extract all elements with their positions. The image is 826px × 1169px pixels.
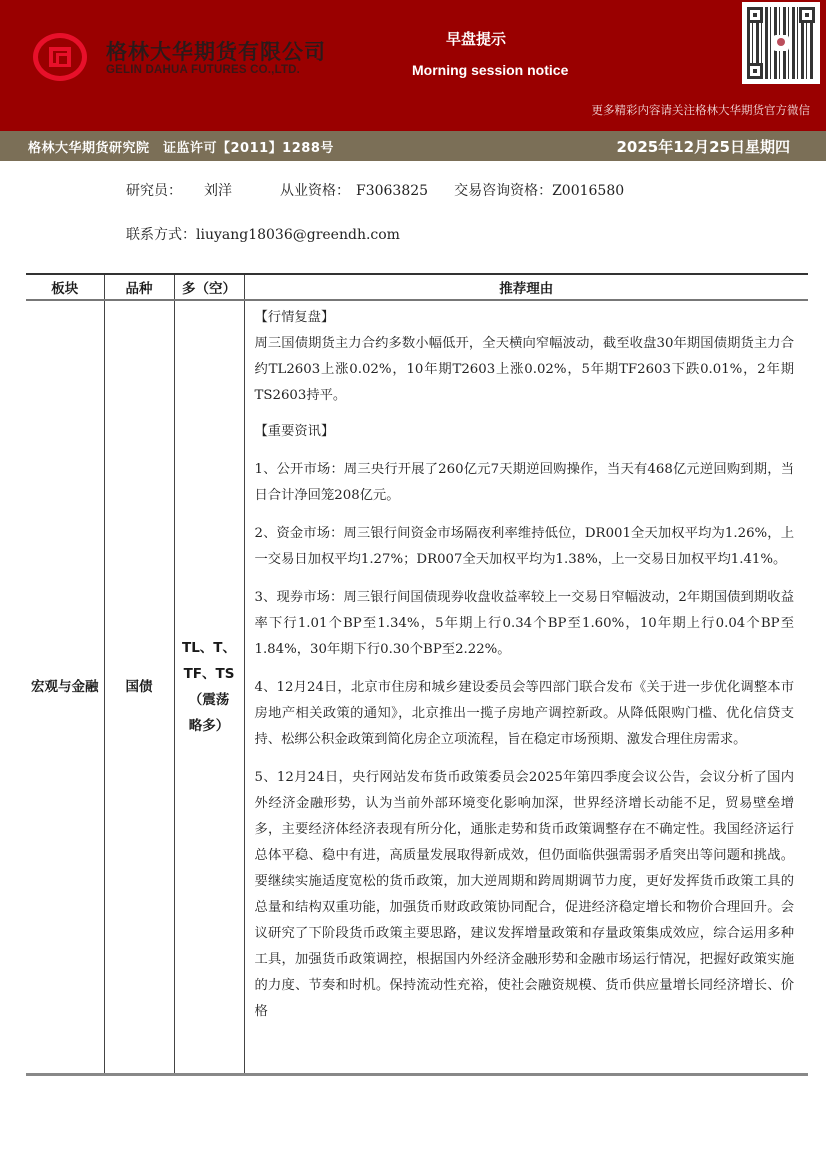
direction-line: TF、TS — [175, 661, 244, 687]
table-header-row: 板块 品种 多（空） 推荐理由 — [26, 274, 808, 300]
qr-code-icon — [742, 2, 820, 84]
news-item: 5、12月24日，央行网站发布货币政策委员会2025年第四季度会议公告，会议分析… — [255, 765, 795, 1025]
header-banner: 格林大华期货有限公司 GELIN DAHUA FUTURES CO.,LTD. … — [0, 0, 826, 131]
qualification-value: F3063825 — [356, 183, 428, 199]
sector-value: 宏观与金融 — [26, 674, 104, 700]
header-variety: 品种 — [104, 274, 174, 300]
researcher-name: 刘洋 — [204, 180, 232, 200]
follow-wechat-text: 更多精彩内容请关注格林大华期货官方微信 — [592, 102, 811, 118]
variety-cell: 国债 — [104, 300, 174, 1074]
header-reason: 推荐理由 — [244, 274, 808, 300]
news-item: 1、公开市场：周三央行开展了260亿元7天期逆回购操作，当天有468亿元逆回购到… — [255, 457, 795, 509]
recommendation-table: 板块 品种 多（空） 推荐理由 宏观与金融 国债 TL、T、 TF、TS （震荡… — [26, 273, 808, 1076]
institute-license: 格林大华期货研究院 证监许可【2011】1288号 — [28, 137, 334, 156]
direction-cell: TL、T、 TF、TS （震荡 略多） — [174, 300, 244, 1074]
researcher-info: 研究员：刘洋从业资格：F3063825交易咨询资格：Z0016580 — [126, 180, 624, 200]
direction-line: TL、T、 — [175, 635, 244, 661]
advisory-value: Z0016580 — [552, 183, 624, 199]
company-name-cn: 格林大华期货有限公司 — [106, 36, 326, 66]
contact-label: 联系方式： — [126, 224, 196, 244]
researcher-label: 研究员： — [126, 180, 182, 200]
report-title-en: Morning session notice — [412, 62, 568, 78]
news-item: 3、现券市场：周三银行间国债现券收盘收益率较上一交易日窄幅波动，2年期国债到期收… — [255, 585, 795, 663]
report-title-cn: 早盘提示 — [446, 28, 506, 49]
report-date: 2025年12月25日星期四 — [617, 136, 791, 157]
sector-cell: 宏观与金融 — [26, 300, 104, 1074]
variety-value: 国债 — [105, 674, 174, 700]
news-item: 4、12月24日，北京市住房和城乡建设委员会等四部门联合发布《关于进一步优化调整… — [255, 675, 795, 753]
company-logo-icon — [33, 33, 87, 81]
news-item: 2、资金市场：周三银行间资金市场隔夜利率维持低位，DR001全天加权平均为1.2… — [255, 521, 795, 573]
company-name-en: GELIN DAHUA FUTURES CO.,LTD. — [106, 64, 300, 76]
header-direction: 多（空） — [174, 274, 244, 300]
news-title: 【重要资讯】 — [255, 419, 795, 445]
advisory-label: 交易咨询资格： — [454, 180, 552, 200]
table-row: 宏观与金融 国债 TL、T、 TF、TS （震荡 略多） 【行情复盘】 周三国债… — [26, 300, 808, 1074]
direction-line: 略多） — [175, 713, 244, 739]
review-text: 周三国债期货主力合约多数小幅低开，全天横向窄幅波动，截至收盘30年期国债期货主力… — [255, 331, 795, 409]
header-sector: 板块 — [26, 274, 104, 300]
contact-email[interactable]: liuyang18036@greendh.com — [196, 227, 400, 243]
contact-info: 联系方式：liuyang18036@greendh.com — [126, 224, 400, 244]
reason-cell: 【行情复盘】 周三国债期货主力合约多数小幅低开，全天横向窄幅波动，截至收盘30年… — [244, 300, 808, 1074]
review-title: 【行情复盘】 — [255, 305, 795, 331]
qualification-label: 从业资格： — [280, 180, 350, 200]
direction-line: （震荡 — [175, 687, 244, 713]
sub-header-bar: 格林大华期货研究院 证监许可【2011】1288号 2025年12月25日星期四 — [0, 131, 826, 161]
